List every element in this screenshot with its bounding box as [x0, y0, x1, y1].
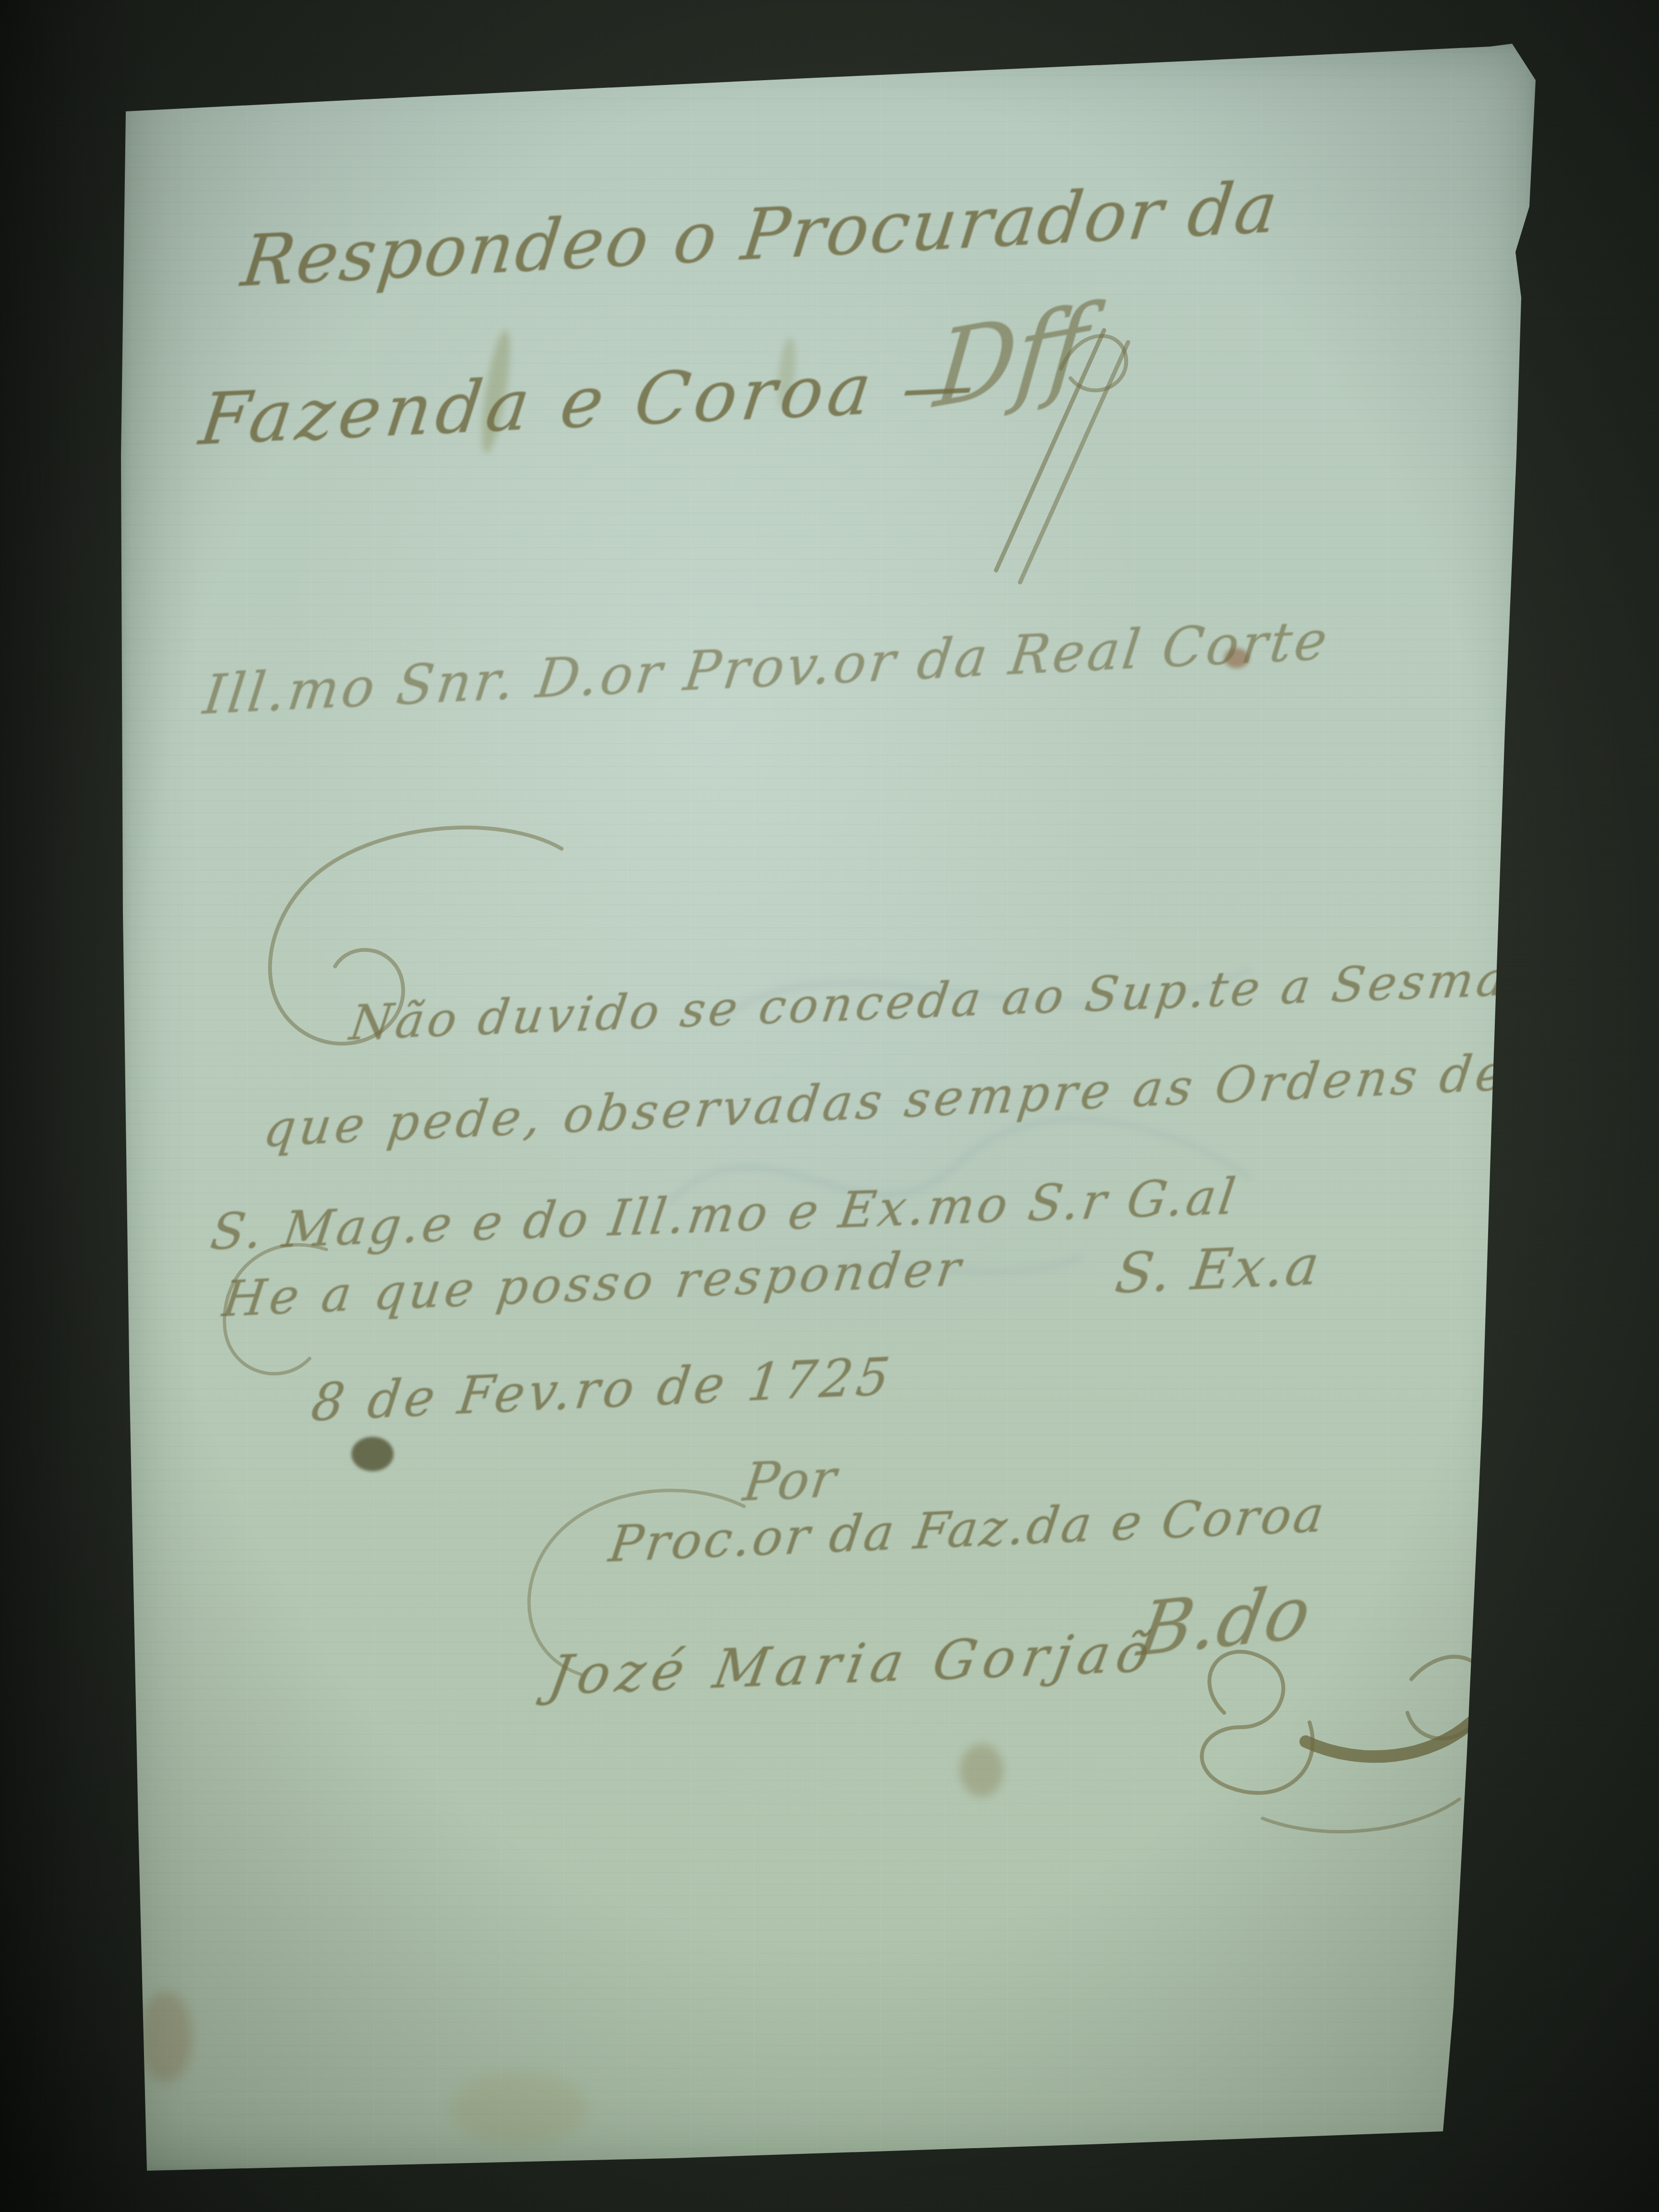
paper-edge-shading [120, 42, 1537, 2173]
manuscript-paper: Respondeo o Procurador da Fazenda e Coro… [120, 42, 1537, 2173]
photo-background: Respondeo o Procurador da Fazenda e Coro… [0, 0, 1659, 2212]
